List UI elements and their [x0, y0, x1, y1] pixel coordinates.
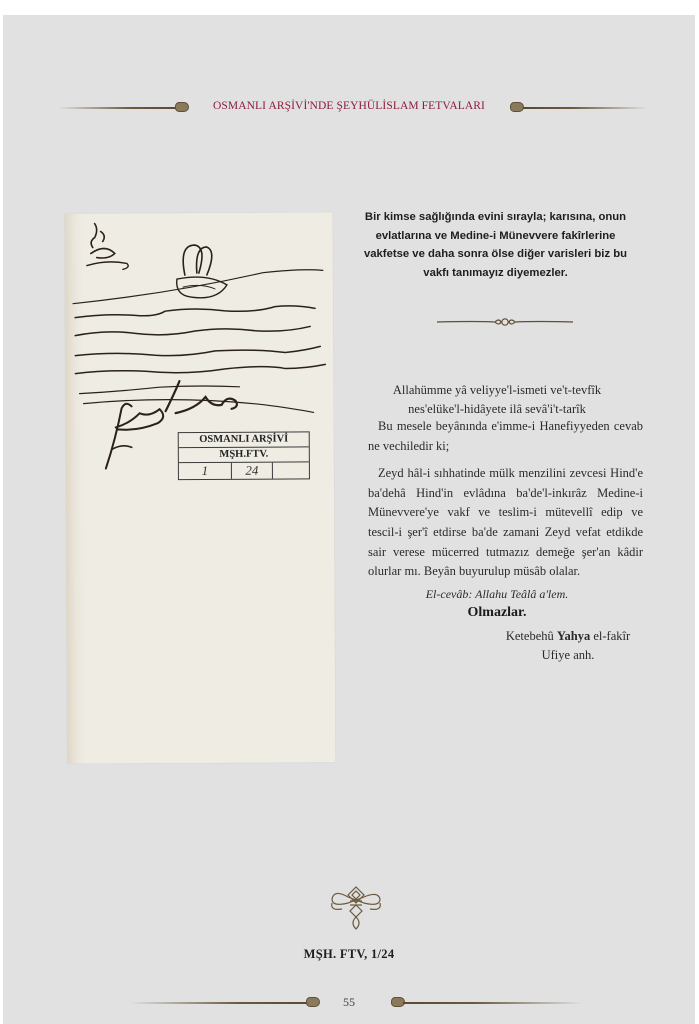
- stamp-folder-number: 1: [179, 463, 232, 479]
- stamp-empty-cell: [273, 462, 309, 478]
- header-rule-right: [523, 107, 648, 109]
- header-title: OSMANLI ARŞİVİ'NDE ŞEYHÜLİSLAM FETVALARI: [3, 100, 695, 112]
- page-number: 55: [3, 995, 695, 1010]
- signature-line-2: Ufiye anh.: [473, 646, 663, 665]
- stamp-collection-code: MŞH.FTV.: [179, 447, 309, 463]
- manuscript-image: OSMANLI ARŞİVİ MŞH.FTV. 1 24: [65, 212, 336, 763]
- signature-name: Yahya: [557, 629, 590, 643]
- archive-stamp: OSMANLI ARŞİVİ MŞH.FTV. 1 24: [178, 431, 310, 480]
- page-footer: 55: [3, 993, 695, 1013]
- invocation-prayer: Allahümme yâ veliyye'l-ismeti ve't-tevfî…: [353, 381, 641, 419]
- fatwa-summary: Bir kimse sağlığında evini sırayla; karı…: [353, 208, 638, 282]
- signature-block: Ketebehû Yahya el-fakîr Ufiye anh.: [473, 627, 663, 665]
- running-header: OSMANLI ARŞİVİ'NDE ŞEYHÜLİSLAM FETVALARI: [3, 98, 695, 118]
- stamp-document-number: 24: [232, 463, 273, 479]
- answer-text: Olmazlar.: [353, 605, 641, 621]
- finial-ornament-icon: [510, 102, 524, 112]
- fatwa-question: Bu mesele beyânında e'imme-i Hanefiyyede…: [368, 417, 643, 590]
- answer-label: El-cevâb: Allahu Teâlâ a'lem.: [353, 587, 641, 602]
- footer-rule-right: [403, 1002, 583, 1004]
- book-page: OSMANLI ARŞİVİ'NDE ŞEYHÜLİSLAM FETVALARI: [3, 15, 695, 1024]
- invocation-line-1: Allahümme yâ veliyye'l-ismeti ve't-tevfî…: [353, 381, 641, 400]
- signature-suffix: el-fakîr: [593, 629, 630, 643]
- calligraphy-illustration: [65, 212, 336, 763]
- archive-reference: MŞH. FTV, 1/24: [3, 947, 695, 962]
- stamp-archive-name: OSMANLI ARŞİVİ: [179, 432, 309, 448]
- question-paragraph-1: Bu mesele beyânında e'imme-i Hanefiyyede…: [368, 417, 643, 456]
- knot-ornament-icon: [328, 883, 384, 931]
- divider-ornament-icon: [435, 316, 575, 328]
- signature-prefix: Ketebehû: [506, 629, 554, 643]
- question-paragraph-2: Zeyd hâl-i sıhhatinde mülk menzilini zev…: [368, 464, 643, 582]
